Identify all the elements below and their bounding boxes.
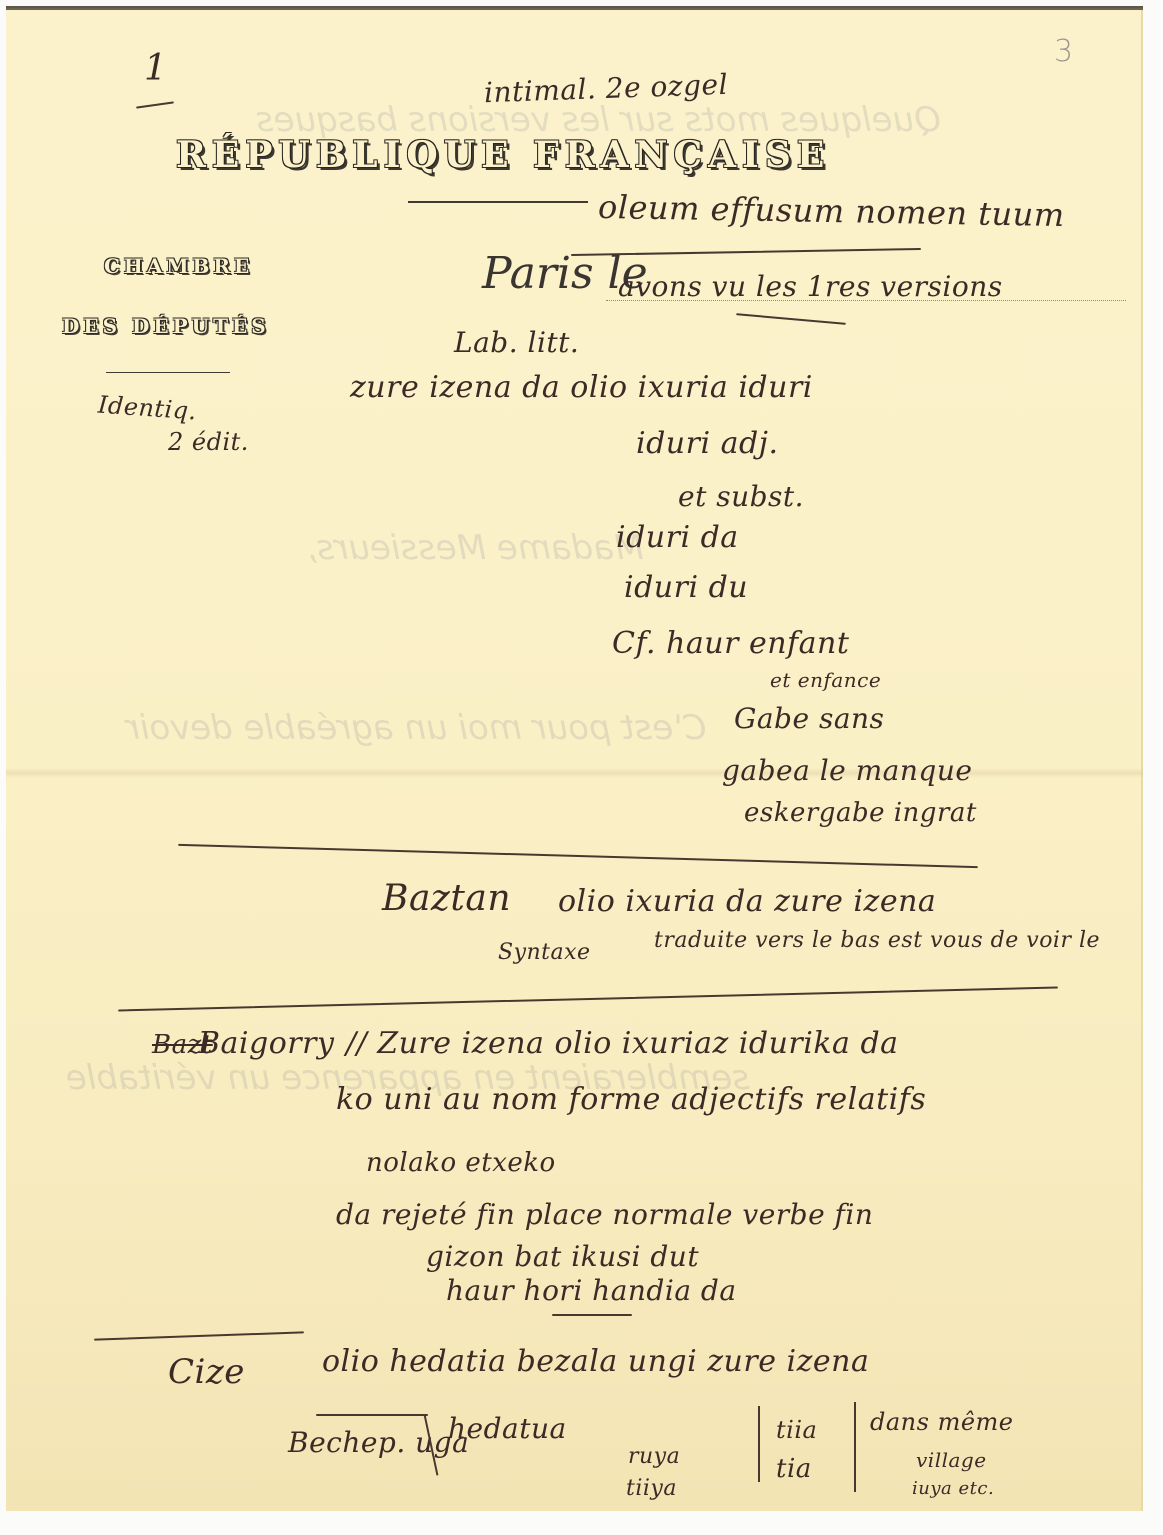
- section-line: Cf. haur enfant: [612, 626, 849, 661]
- section-divider: [118, 987, 1058, 1012]
- section-line: et subst.: [678, 480, 804, 513]
- section-line: olio hedatia bezala ungi zure izena: [322, 1344, 869, 1379]
- table-entry: tiia: [776, 1416, 817, 1444]
- letterhead-chamber: CHAMBRE: [104, 254, 253, 278]
- section-line: ko uni au nom forme adjectifs relatifs: [336, 1082, 926, 1117]
- section-line: iduri du: [624, 570, 748, 605]
- heading-note-latin: oleum effusum nomen tuum: [598, 188, 1065, 234]
- heading-note-versions: avons vu les 1res versions: [618, 270, 1003, 303]
- section-line: et enfance: [770, 668, 881, 692]
- paper-fold: [6, 768, 1143, 778]
- column-divider: [758, 1406, 760, 1482]
- section-line: Syntaxe: [498, 940, 591, 965]
- show-through-text: C'est pour moi un agréable devoir: [126, 708, 706, 748]
- folio-underline: [136, 101, 174, 108]
- section-line: nolako etxeko: [366, 1148, 556, 1178]
- section-line: zure izena da olio ixuria iduri: [350, 370, 813, 405]
- section-line: haur hori handia da: [446, 1274, 737, 1307]
- section-line: iduri adj.: [636, 426, 779, 461]
- section-divider: [94, 1331, 304, 1340]
- section-label-lab-litt: Lab. litt.: [454, 326, 579, 359]
- section-line: eskergabe ingrat: [744, 798, 977, 828]
- margin-note-edit: 2 édit.: [168, 428, 249, 456]
- show-through-text: Madame Messieurs,: [306, 528, 644, 568]
- section-line: Gabe sans: [734, 702, 884, 735]
- chamber-rule: [106, 372, 230, 373]
- underline: [552, 1314, 632, 1316]
- letterhead-title: RÉPUBLIQUE FRANÇAISE: [176, 134, 830, 176]
- section-line: traduite vers le bas est vous de voir le: [654, 928, 1100, 953]
- table-entry: tiiya: [626, 1476, 677, 1501]
- table-entry: tia: [776, 1454, 812, 1484]
- section-label-baztan: Baztan: [382, 878, 511, 919]
- table-entry: village: [916, 1448, 987, 1472]
- table-entry: ruya: [628, 1444, 680, 1469]
- section-divider: [178, 844, 978, 868]
- section-line: // Zure izena olio ixuriaz idurika da: [346, 1026, 899, 1061]
- section-line: iduri da: [616, 520, 739, 555]
- table-entry: iuya etc.: [912, 1478, 994, 1499]
- folio-number: 1: [144, 48, 167, 89]
- section-line: olio ixuria da zure izena: [558, 884, 936, 919]
- section-line: gizon bat ikusi dut: [426, 1240, 699, 1273]
- page-number: 3: [1054, 34, 1073, 69]
- versions-underline: [736, 313, 846, 325]
- section-label-baigorry: Baigorry: [198, 1026, 334, 1061]
- section-line: gabea le manque: [722, 754, 972, 787]
- section-line: da rejeté fin place normale verbe fin: [336, 1198, 873, 1231]
- bracket-top: [316, 1414, 428, 1416]
- letter-page: Quelques mots sur les versions basques M…: [6, 6, 1143, 1511]
- letterhead-deputes: DES DÉPUTÉS: [62, 314, 270, 338]
- table-entry: hedatua: [448, 1412, 567, 1445]
- table-entry: dans même: [870, 1408, 1014, 1436]
- section-label-cize: Cize: [168, 1352, 245, 1392]
- column-divider: [854, 1402, 856, 1492]
- title-rule: [408, 201, 588, 203]
- table-row-label: Bechep. uga: [288, 1426, 469, 1459]
- margin-note-identiq: Identiq.: [97, 391, 198, 426]
